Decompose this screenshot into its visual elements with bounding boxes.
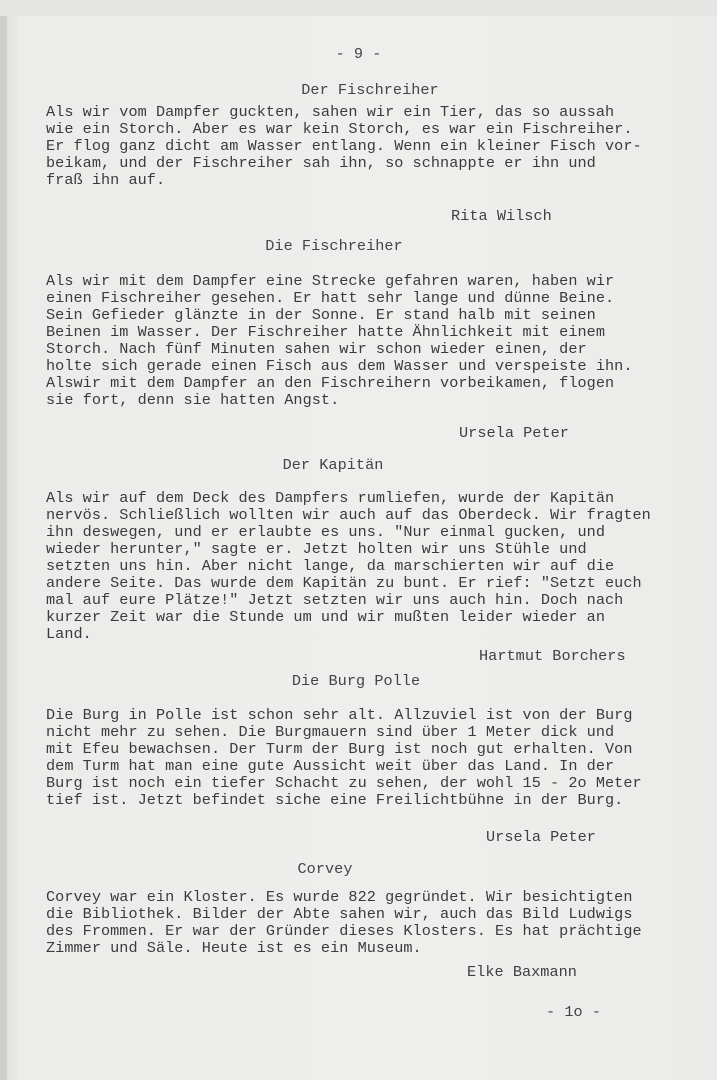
section-title-der-kapitaen: Der Kapitän	[0, 457, 666, 474]
body-line: Storch. Nach fünf Minuten sahen wir scho…	[46, 341, 587, 358]
body-line: ihn deswegen, und er erlaubte es uns. "N…	[46, 524, 605, 541]
section-title-die-burg-polle: Die Burg Polle	[0, 673, 712, 690]
body-line: kurzer Zeit war die Stunde um und wir mu…	[46, 609, 605, 626]
body-line: sie fort, denn sie hatten Angst.	[46, 392, 339, 409]
body-line: andere Seite. Das wurde dem Kapitän zu b…	[46, 575, 642, 592]
author-rita-wilsch: Rita Wilsch	[451, 208, 552, 225]
body-line: Als wir auf dem Deck des Dampfers rumlie…	[46, 490, 614, 507]
body-line: Die Burg in Polle ist schon sehr alt. Al…	[46, 707, 633, 724]
page-number-top: - 9 -	[0, 46, 717, 63]
body-line: Als wir mit dem Dampfer eine Strecke gef…	[46, 273, 614, 290]
scan-top-edge	[0, 0, 717, 16]
body-line: Sein Gefieder glänzte in der Sonne. Er s…	[46, 307, 596, 324]
scan-left-edge-shadow	[0, 16, 7, 1080]
section-title-die-fischreiher: Die Fischreiher	[0, 238, 668, 255]
body-line: mal auf eure Plätze!" Jetzt setzten wir …	[46, 592, 623, 609]
body-line: Als wir vom Dampfer guckten, sahen wir e…	[46, 104, 614, 121]
author-elke-baxmann: Elke Baxmann	[467, 964, 577, 981]
body-line: nicht mehr zu sehen. Die Burgmauern sind…	[46, 724, 614, 741]
body-line: setzten uns hin. Aber nicht lange, da ma…	[46, 558, 614, 575]
body-line: einen Fischreiher gesehen. Er hatt sehr …	[46, 290, 614, 307]
body-line: Alswir mit dem Dampfer an den Fischreihe…	[46, 375, 614, 392]
body-line: Burg ist noch ein tiefer Schacht zu sehe…	[46, 775, 642, 792]
body-line: tief ist. Jetzt befindet siche eine Frei…	[46, 792, 623, 809]
body-line: wie ein Storch. Aber es war kein Storch,…	[46, 121, 633, 138]
body-line: nervös. Schließlich wollten wir auch auf…	[46, 507, 651, 524]
body-line: holte sich gerade einen Fisch aus dem Wa…	[46, 358, 633, 375]
body-line: Zimmer und Säle. Heute ist es ein Museum…	[46, 940, 422, 957]
scanned-page: - 9 - Der Fischreiher Als wir vom Dampfe…	[0, 0, 717, 1080]
body-line: fraß ihn auf.	[46, 172, 165, 189]
author-ursela-peter: Ursela Peter	[486, 829, 596, 846]
page-number-bottom: - 1o -	[546, 1004, 601, 1021]
body-line: Land.	[46, 626, 92, 643]
body-line: dem Turm hat man eine gute Aussicht weit…	[46, 758, 614, 775]
author-hartmut-borchers: Hartmut Borchers	[479, 648, 626, 665]
section-title-corvey: Corvey	[0, 861, 650, 878]
author-ursela-peter: Ursela Peter	[459, 425, 569, 442]
body-line: Beinen im Wasser. Der Fischreiher hatte …	[46, 324, 605, 341]
body-line: Er flog ganz dicht am Wasser entlang. We…	[46, 138, 642, 155]
body-line: mit Efeu bewachsen. Der Turm der Burg is…	[46, 741, 633, 758]
body-line: Corvey war ein Kloster. Es wurde 822 geg…	[46, 889, 633, 906]
body-line: beikam, und der Fischreiher sah ihn, so …	[46, 155, 596, 172]
section-title-der-fischreiher: Der Fischreiher	[0, 82, 717, 99]
body-line: die Bibliothek. Bilder der Abte sahen wi…	[46, 906, 633, 923]
body-line: des Frommen. Er war der Gründer dieses K…	[46, 923, 642, 940]
body-line: wieder herunter," sagte er. Jetzt holten…	[46, 541, 587, 558]
